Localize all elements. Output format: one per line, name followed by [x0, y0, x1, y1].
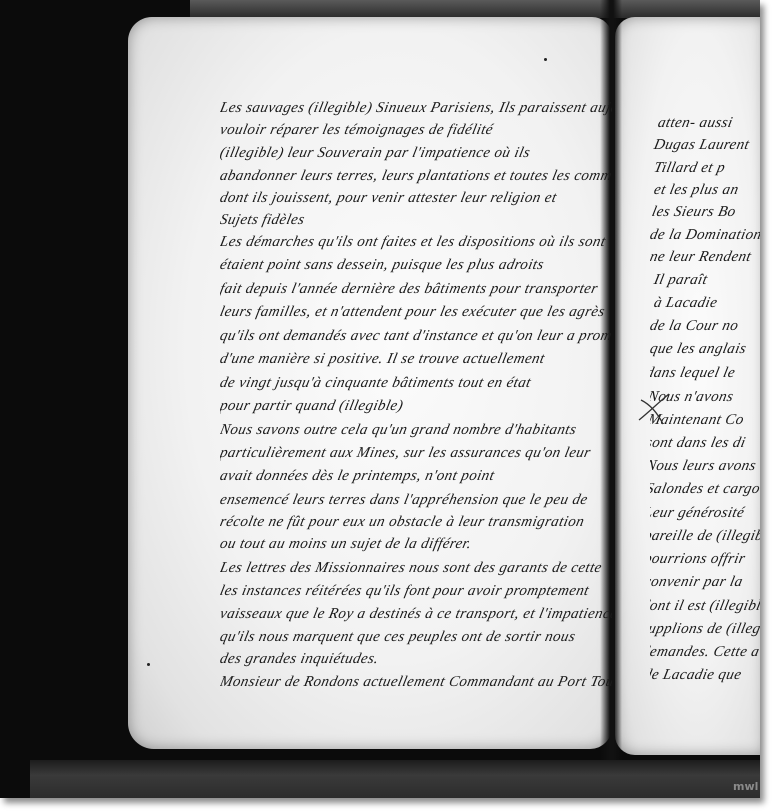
manuscript-line: vaisseaux que le Roy a destinés à ce tra…: [220, 606, 612, 623]
manuscript-line: de la Domination: [650, 227, 760, 244]
manuscript-line: pour partir quand (illegible): [220, 398, 405, 415]
background-strip: [190, 0, 760, 18]
manuscript-line: convenir par la: [650, 574, 744, 591]
margin-x-mark-icon: [637, 390, 671, 426]
background-floor: [30, 760, 760, 798]
manuscript-line: qu'ils nous marquent que ces peuples ont…: [220, 629, 577, 646]
manuscript-line: étaient point sans dessein, puisque les …: [220, 257, 545, 274]
manuscript-line: Nous savons outre cela qu'un grand nombr…: [220, 422, 578, 439]
manuscript-line: (illegible) leur Souverain par l'impatie…: [220, 145, 532, 162]
watermark: mwl: [733, 780, 758, 793]
ink-speck: [147, 663, 150, 666]
manuscript-line: et les plus an: [652, 182, 740, 199]
manuscript-line: de la Cour no: [650, 318, 740, 335]
manuscript-line: sont dans les di: [650, 435, 747, 452]
manuscript-line: avait données dès le printemps, n'ont po…: [220, 468, 496, 485]
manuscript-line: à Lacadie: [652, 295, 719, 312]
manuscript-line: Dugas Laurent: [652, 137, 751, 154]
manuscript-line: pourrions offrir: [650, 551, 747, 568]
manuscript-line: dont ils jouissent, pour venir attester …: [220, 190, 558, 207]
manuscript-line: dans lequel le: [650, 365, 737, 382]
manuscript-line: Salondes et cargo: [650, 481, 760, 498]
manuscript-line: dont il est (illegible): [650, 598, 760, 615]
manuscript-line: fait depuis l'année dernière des bâtimen…: [220, 281, 599, 298]
manuscript-line: Les sauvages (illegible) Sinueux Parisie…: [220, 100, 612, 117]
manuscript-line: atten- aussi: [656, 115, 734, 132]
manuscript-line: de Lacadie que: [650, 667, 743, 684]
manuscript-line: leurs familles, et n'attendent pour les …: [220, 304, 606, 321]
manuscript-line: vouloir réparer les témoignages de fidél…: [220, 122, 495, 139]
manuscript-line: abandonner leurs terres, leurs plantatio…: [220, 168, 612, 185]
manuscript-line: Tillard et p: [652, 160, 727, 177]
manuscript-line: ou tout au moins un sujet de la différer…: [220, 536, 473, 553]
manuscript-line: ne leur Rendent: [650, 249, 753, 266]
manuscript-line: des grandes inquiétudes.: [220, 651, 380, 668]
manuscript-line: demandes. Cette a: [650, 644, 760, 661]
manuscript-line: pareille de (illegible): [650, 528, 760, 545]
manuscript-line: de vingt jusqu'à cinquante bâtiments tou…: [220, 375, 532, 392]
manuscript-line: ensemencé leurs terres dans l'appréhensi…: [220, 492, 589, 509]
manuscript-line: récolte ne fût pour eux un obstacle à le…: [220, 514, 586, 531]
left-page-text: Les sauvages (illegible) Sinueux Parisie…: [220, 100, 612, 700]
manuscript-line: d'une manière si positive. Il se trouve …: [220, 351, 546, 368]
manuscript-line: Monsieur de Rondons actuellement Command…: [220, 674, 612, 691]
manuscript-line: qu'ils ont demandés avec tant d'instance…: [220, 328, 612, 345]
manuscript-line: les instances réitérées qu'ils font pour…: [220, 583, 591, 600]
manuscript-line: particulièrement aux Mines, sur les assu…: [220, 445, 592, 462]
manuscript-line: Leur générosité: [650, 505, 746, 522]
manuscript-line: Les démarches qu'ils ont faites et les d…: [220, 234, 607, 251]
manuscript-line: supplions de (illegible): [650, 621, 760, 638]
manuscript-line: que les anglais: [650, 341, 748, 358]
manuscript-line: Sujets fidèles: [220, 212, 306, 229]
photo-frame: Les sauvages (illegible) Sinueux Parisie…: [0, 0, 760, 798]
manuscript-line: Nous leurs avons: [650, 458, 758, 475]
manuscript-line: les Sieurs Bo: [650, 204, 737, 221]
manuscript-line: Les lettres des Missionnaires nous sont …: [220, 560, 603, 577]
manuscript-line: Il paraît: [652, 272, 709, 289]
ink-speck: [544, 58, 547, 61]
